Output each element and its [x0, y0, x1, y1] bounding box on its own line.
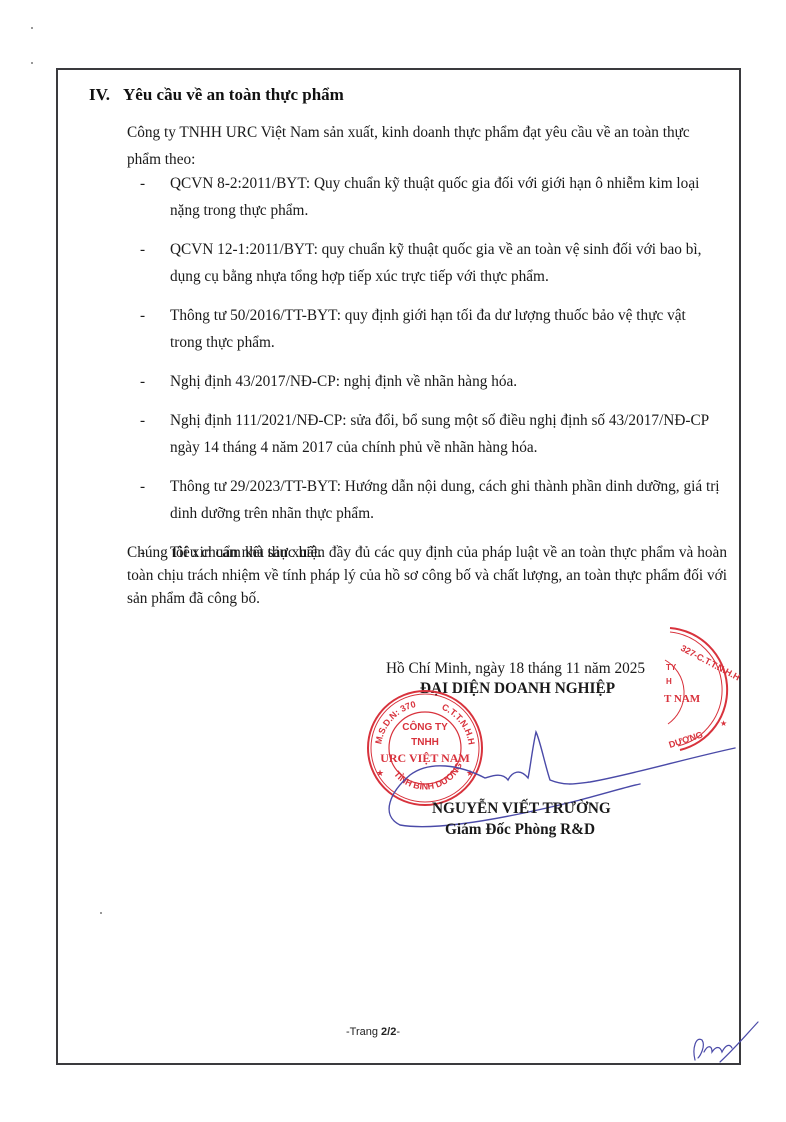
requirement-text: Thông tư 29/2023/TT-BYT: Hướng dẫn nội d… — [170, 478, 720, 522]
bullet-dash: - — [140, 407, 145, 434]
section-title: Yêu cầu về an toàn thực phẩm — [123, 85, 344, 104]
scan-speck — [31, 62, 33, 64]
list-item: -QCVN 12-1:2011/BYT: quy chuẩn kỹ thuật … — [140, 236, 720, 290]
requirement-text: QCVN 8-2:2011/BYT: Quy chuẩn kỹ thuật qu… — [170, 175, 699, 219]
list-item: -Nghị định 111/2021/NĐ-CP: sửa đổi, bổ s… — [140, 407, 720, 461]
page-count: 2/2 — [381, 1026, 396, 1038]
requirement-text: Nghị định 43/2017/NĐ-CP: nghị định về nh… — [170, 373, 517, 390]
page-prefix: -Trang — [346, 1026, 381, 1038]
list-item: -Thông tư 29/2023/TT-BYT: Hướng dẫn nội … — [140, 473, 720, 527]
requirement-text: Nghị định 111/2021/NĐ-CP: sửa đổi, bổ su… — [170, 412, 709, 456]
page-number: -Trang 2/2- — [346, 1026, 400, 1038]
bullet-dash: - — [140, 368, 145, 395]
list-item: -Thông tư 50/2016/TT-BYT: quy định giới … — [140, 302, 720, 356]
requirements-list: -QCVN 8-2:2011/BYT: Quy chuẩn kỹ thuật q… — [140, 170, 720, 578]
scan-speck — [31, 27, 33, 29]
bullet-dash: - — [140, 302, 145, 329]
intro-paragraph: Công ty TNHH URC Việt Nam sản xuất, kinh… — [127, 119, 717, 173]
page-suffix: - — [396, 1026, 400, 1038]
section-number: IV. — [89, 85, 123, 105]
requirement-text: Thông tư 50/2016/TT-BYT: quy định giới h… — [170, 307, 686, 351]
signer-name: NGUYỄN VIẾT TRƯỜNG — [432, 800, 611, 818]
commitment-paragraph: Chúng tôi xin cam kết thực hiện đầy đủ c… — [127, 541, 727, 610]
representative-title: ĐẠI DIỆN DOANH NGHIỆP — [420, 680, 615, 698]
bullet-dash: - — [140, 473, 145, 500]
requirement-text: QCVN 12-1:2011/BYT: quy chuẩn kỹ thuật q… — [170, 241, 701, 285]
list-item: -Nghị định 43/2017/NĐ-CP: nghị định về n… — [140, 368, 720, 395]
bullet-dash: - — [140, 170, 145, 197]
bullet-dash: - — [140, 236, 145, 263]
place-date: Hồ Chí Minh, ngày 18 tháng 11 năm 2025 — [386, 660, 645, 678]
section-heading: IV.Yêu cầu về an toàn thực phẩm — [89, 85, 344, 105]
signer-role: Giám Đốc Phòng R&D — [445, 821, 595, 839]
list-item: -QCVN 8-2:2011/BYT: Quy chuẩn kỹ thuật q… — [140, 170, 720, 224]
